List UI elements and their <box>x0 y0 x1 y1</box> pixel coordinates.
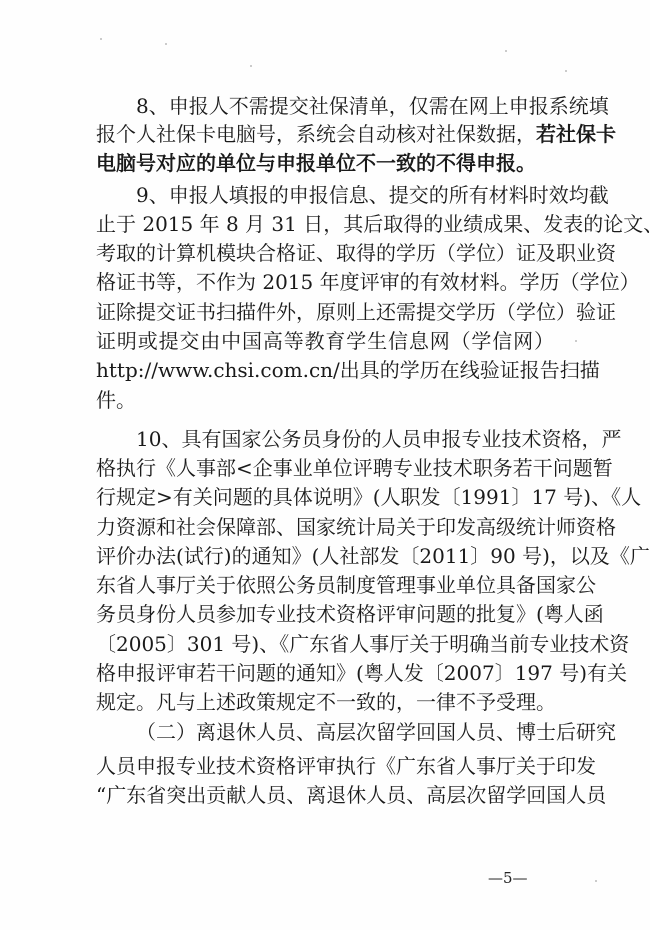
paragraph-10-line-5: 评价办法(试行)的通知》(人社部发〔2011〕90 号)，以及《广 <box>96 543 554 569</box>
paragraph-10-line-6: 东省人事厅关于依照公务员制度管理事业单位具备国家公 <box>96 572 554 598</box>
paragraph-10-line-3: 行规定>有关问题的具体说明》(人职发〔1991〕17 号)、《人 <box>96 484 554 510</box>
paragraph-9-url-line: http://www.chsi.com.cn/出具的学历在线验证报告扫描 <box>96 357 554 383</box>
paragraph-9-line-2: 止于 2015 年 8 月 31 日，其后取得的业绩成果、发表的论文、 <box>96 211 554 237</box>
section-2-line-1: （二）离退休人员、高层次留学回国人员、博士后研究 <box>136 719 554 745</box>
paragraph-10-line-8: 〔2005〕301 号)、《广东省人事厅关于明确当前专业技术资 <box>96 631 554 657</box>
scan-speck <box>595 880 597 882</box>
paragraph-10-line-2: 格执行《人事部<企事业单位评聘专业技术职务若干问题暂 <box>96 455 554 481</box>
paragraph-10-line-10: 规定。凡与上述政策规定不一致的，一律不予受理。 <box>96 689 554 715</box>
paragraph-9-line-3: 考取的计算机模块合格证、取得的学历（学位）证及职业资 <box>96 240 554 266</box>
paragraph-10-line-1: 10、具有国家公务员身份的人员申报专业技术资格，严 <box>136 426 554 452</box>
section-2-line-2: 人员申报专业技术资格评审执行《广东省人事厅关于印发 <box>96 753 554 779</box>
paragraph-10-line-4: 力资源和社会保障部、国家统计局关于印发高级统计师资格 <box>96 514 554 540</box>
scan-speck <box>100 38 102 40</box>
document-page: 8、申报人不需提交社保清单，仅需在网上申报系统填 报个人社保卡电脑号，系统会自动… <box>0 0 650 930</box>
paragraph-8-bold-text: 若社保卡 <box>536 122 616 146</box>
scan-speck <box>575 340 577 342</box>
paragraph-8-line-2: 报个人社保卡电脑号，系统会自动核对社保数据，若社保卡 <box>96 121 554 147</box>
paragraph-8-line-3: 电脑号对应的单位与申报单位不一致的不得申报。 <box>96 150 554 176</box>
scan-speck <box>565 70 567 72</box>
paragraph-9-line-1: 9、申报人填报的申报信息、提交的所有材料时效均截 <box>136 182 554 208</box>
scan-speck <box>505 50 507 52</box>
scan-speck <box>250 65 252 67</box>
paragraph-8-line-2-text: 报个人社保卡电脑号，系统会自动核对社保数据， <box>96 122 536 146</box>
paragraph-9-line-4: 格证书等，不作为 2015 年度评审的有效材料。学历（学位） <box>96 269 554 295</box>
paragraph-9-line-6: 证明或提交由中国高等教育学生信息网（学信网） <box>96 328 554 354</box>
paragraph-9-line-5: 证除提交证书扫描件外，原则上还需提交学历（学位）验证 <box>96 299 554 325</box>
paragraph-10-line-9: 格申报评审若干问题的通知》(粤人发〔2007〕197 号)有关 <box>96 660 554 686</box>
paragraph-10-line-7: 务员身份人员参加专业技术资格评审问题的批复》(粤人函 <box>96 601 554 627</box>
page-number: —5— <box>488 868 528 888</box>
paragraph-9-line-8: 件。 <box>96 387 554 413</box>
section-2-line-3: “广东省突出贡献人员、离退休人员、高层次留学回国人员 <box>96 782 554 808</box>
scan-speck <box>165 43 167 45</box>
paragraph-8-line-1: 8、申报人不需提交社保清单，仅需在网上申报系统填 <box>136 93 554 119</box>
